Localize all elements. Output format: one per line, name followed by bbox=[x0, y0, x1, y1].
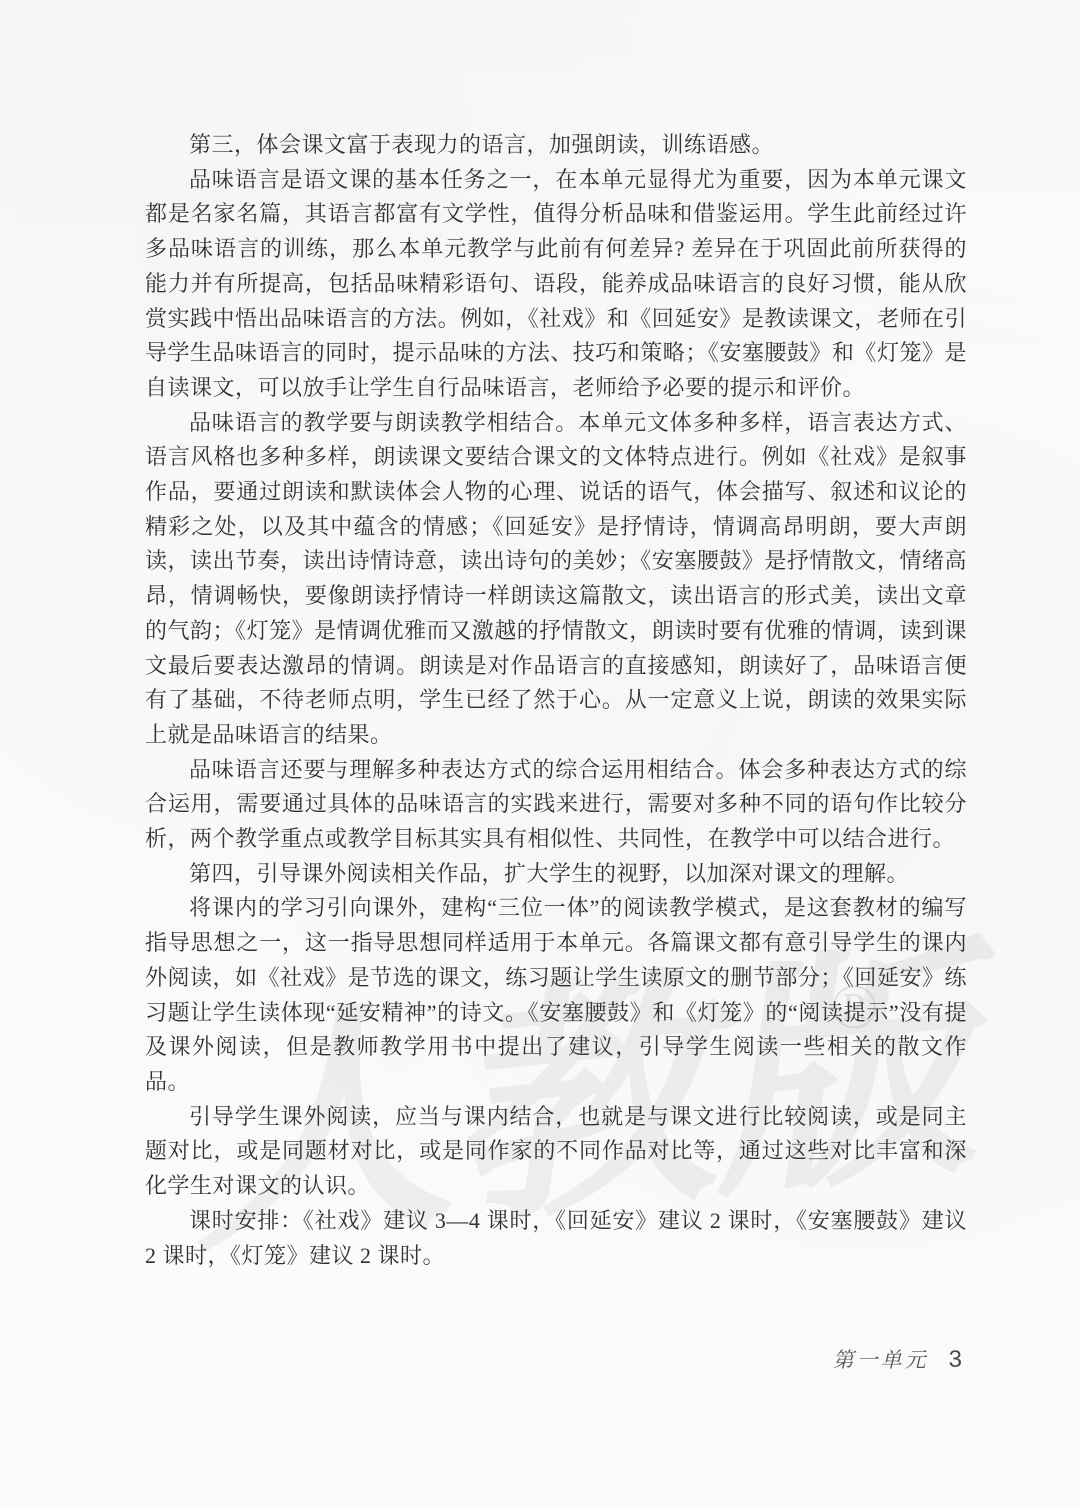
footer-section-label: 第一单元 bbox=[833, 1344, 929, 1374]
paragraph-4: 品味语言还要与理解多种表达方式的综合运用相结合。体会多种表达方式的综合运用，需要… bbox=[145, 753, 967, 857]
paragraph-3: 品味语言的教学要与朗读教学相结合。本单元文体多种多样，语言表达方式、语言风格也多… bbox=[145, 406, 967, 753]
paragraph-7: 引导学生课外阅读，应当与课内结合，也就是与课文进行比较阅读，或是同主题对比，或是… bbox=[145, 1100, 967, 1204]
page-body-text: 第三，体会课文富于表现力的语言，加强朗读，训练语感。 品味语言是语文课的基本任务… bbox=[145, 128, 967, 1273]
paragraph-1: 第三，体会课文富于表现力的语言，加强朗读，训练语感。 bbox=[145, 128, 967, 163]
paragraph-2: 品味语言是语文课的基本任务之一，在本单元显得尤为重要，因为本单元课文都是名家名篇… bbox=[145, 163, 967, 406]
paragraph-5: 第四，引导课外阅读相关作品，扩大学生的视野，以加深对课文的理解。 bbox=[145, 857, 967, 892]
footer-page-number: 3 bbox=[949, 1346, 962, 1374]
paragraph-6: 将课内的学习引向课外，建构“三位一体”的阅读教学模式，是这套教材的编写指导思想之… bbox=[145, 891, 967, 1099]
paragraph-8: 课时安排：《社戏》建议 3—4 课时，《回延安》建议 2 课时，《安塞腰鼓》建议… bbox=[145, 1204, 967, 1273]
page-footer: 第一单元 3 bbox=[833, 1344, 962, 1374]
